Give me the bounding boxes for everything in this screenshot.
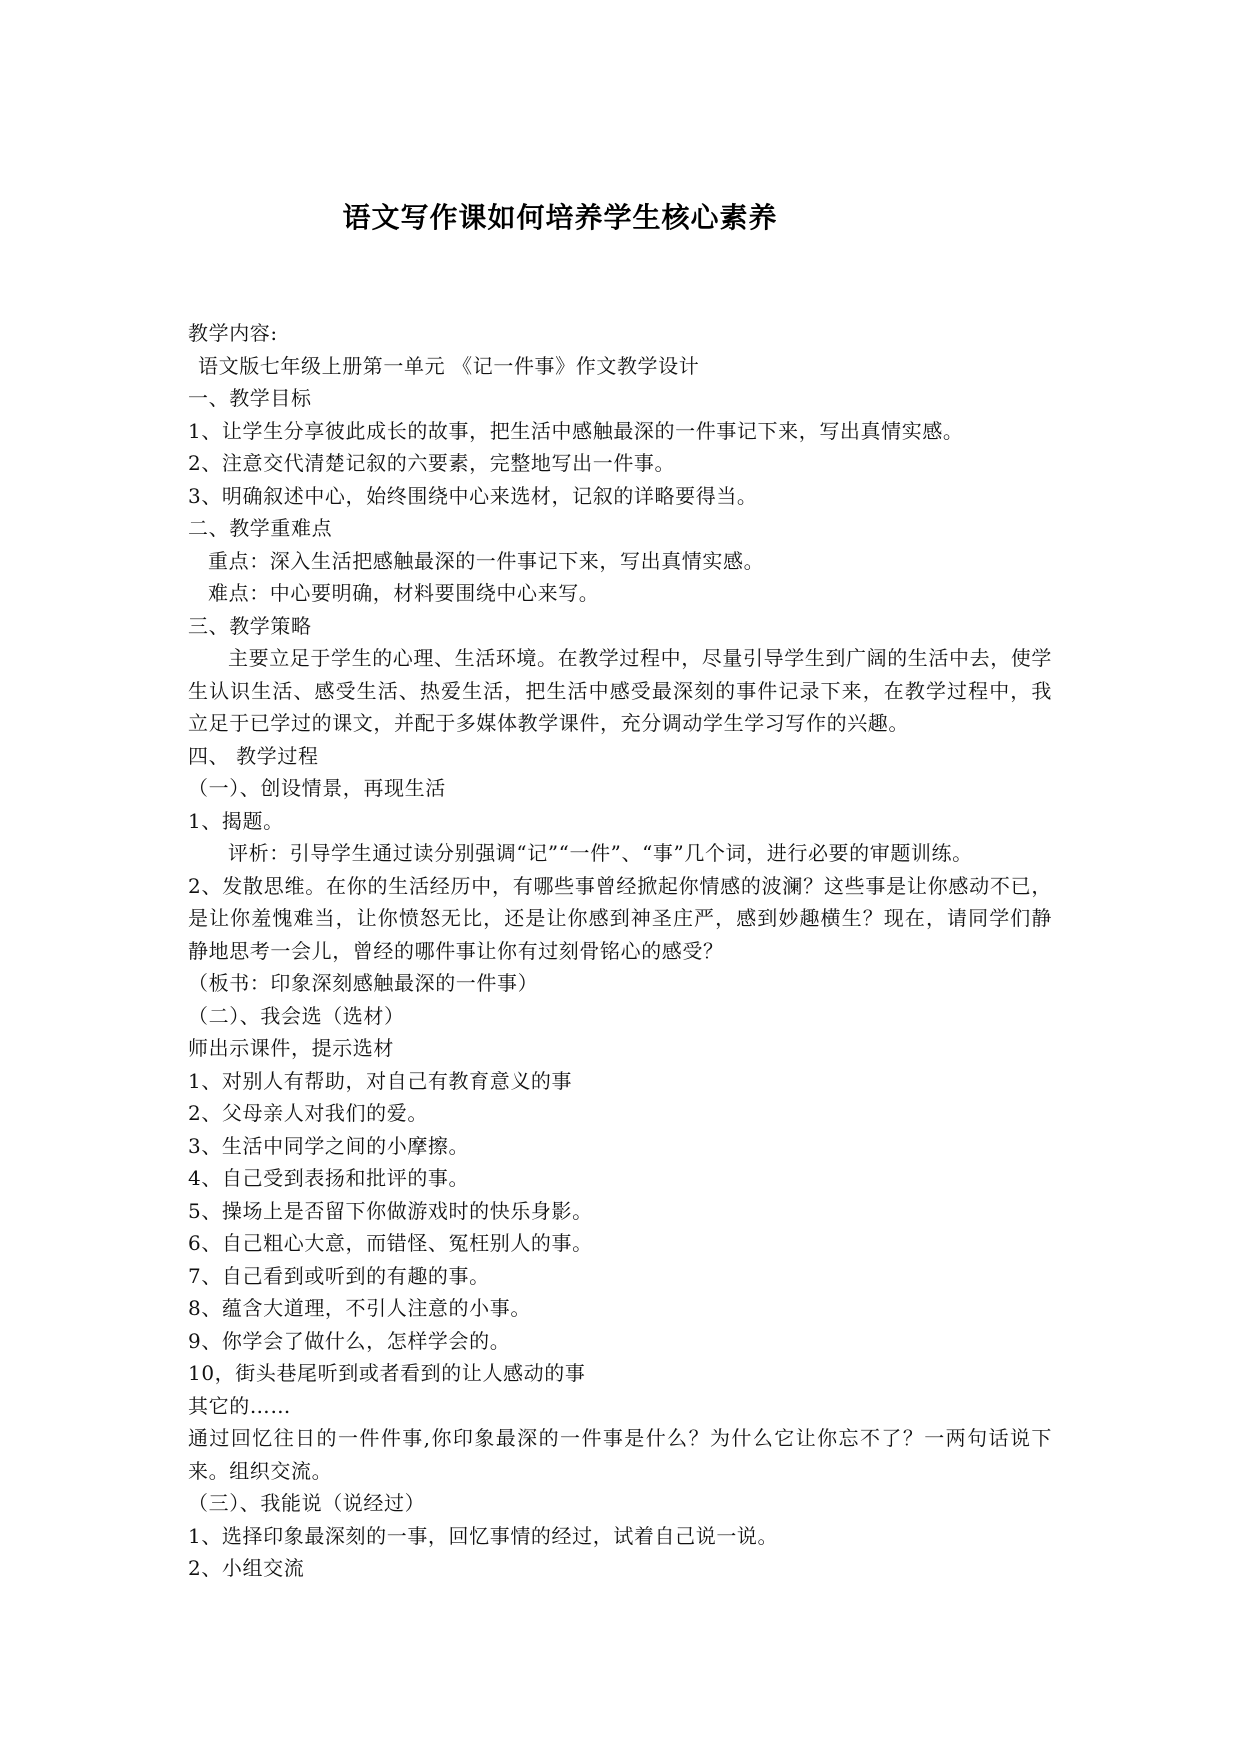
section-heading-key-points: 二、教学重难点 (188, 512, 1052, 545)
speaking-item: 1、选择印象最深刻的一事，回忆事情的经过，试着自己说一说。 (188, 1520, 1052, 1553)
teaching-content-value: 语文版七年级上册第一单元 《记一件事》作文教学设计 (188, 350, 1052, 383)
process-item: 1、揭题。 (188, 805, 1052, 838)
document-page: 语文写作课如何培养学生核心素养 教学内容: 语文版七年级上册第一单元 《记一件事… (0, 0, 1241, 1754)
key-point: 重点：深入生活把感触最深的一件事记下来，写出真情实感。 (188, 545, 1052, 578)
section-heading-process: 四、 教学过程 (188, 740, 1052, 773)
process-item: 2、发散思维。在你的生活经历中，有哪些事曾经掀起你情感的波澜？这些事是让你感动不… (188, 870, 1052, 968)
document-body: 教学内容: 语文版七年级上册第一单元 《记一件事》作文教学设计 一、教学目标 1… (188, 317, 1052, 1585)
subsection-heading: （一）、创设情景，再现生活 (188, 772, 1052, 805)
material-item: 3、生活中同学之间的小摩擦。 (188, 1130, 1052, 1163)
material-item: 10，街头巷尾听到或者看到的让人感动的事 (188, 1357, 1052, 1390)
material-item: 7、自己看到或听到的有趣的事。 (188, 1260, 1052, 1293)
material-item: 2、父母亲人对我们的爱。 (188, 1097, 1052, 1130)
subsection-heading: （二）、我会选（选材） (188, 1000, 1052, 1033)
section-heading-strategy: 三、教学策略 (188, 610, 1052, 643)
material-item: 4、自己受到表扬和批评的事。 (188, 1162, 1052, 1195)
document-title: 语文写作课如何培养学生核心素养 (0, 196, 1120, 236)
material-others: 其它的…… (188, 1390, 1052, 1423)
material-item: 8、蕴含大道理，不引人注意的小事。 (188, 1292, 1052, 1325)
objective-item: 3、明确叙述中心，始终围绕中心来选材，记叙的详略要得当。 (188, 480, 1052, 513)
analysis-note: 评析：引导学生通过读分别强调“记”“一件”、“事”几个词，进行必要的审题训练。 (188, 837, 1052, 870)
speaking-item: 2、小组交流 (188, 1552, 1052, 1585)
section-heading-objectives: 一、教学目标 (188, 382, 1052, 415)
difficult-point: 难点：中心要明确，材料要围绕中心来写。 (188, 577, 1052, 610)
objective-item: 1、让学生分享彼此成长的故事，把生活中感触最深的一件事记下来，写出真情实感。 (188, 415, 1052, 448)
objective-item: 2、注意交代清楚记叙的六要素，完整地写出一件事。 (188, 447, 1052, 480)
board-note: （板书：印象深刻感触最深的一件事） (188, 967, 1052, 1000)
material-intro: 师出示课件，提示选材 (188, 1032, 1052, 1065)
material-item: 1、对别人有帮助，对自己有教育意义的事 (188, 1065, 1052, 1098)
teaching-content-label: 教学内容: (188, 317, 1052, 350)
material-item: 9、你学会了做什么，怎样学会的。 (188, 1325, 1052, 1358)
subsection-heading: （三）、我能说（说经过） (188, 1487, 1052, 1520)
strategy-paragraph: 主要立足于学生的心理、生活环境。在教学过程中，尽量引导学生到广阔的生活中去，使学… (188, 642, 1052, 740)
material-item: 5、操场上是否留下你做游戏时的快乐身影。 (188, 1195, 1052, 1228)
material-item: 6、自己粗心大意，而错怪、冤枉别人的事。 (188, 1227, 1052, 1260)
material-prompt: 通过回忆往日的一件件事,你印象最深的一件事是什么？为什么它让你忘不了？一两句话说… (188, 1422, 1052, 1487)
